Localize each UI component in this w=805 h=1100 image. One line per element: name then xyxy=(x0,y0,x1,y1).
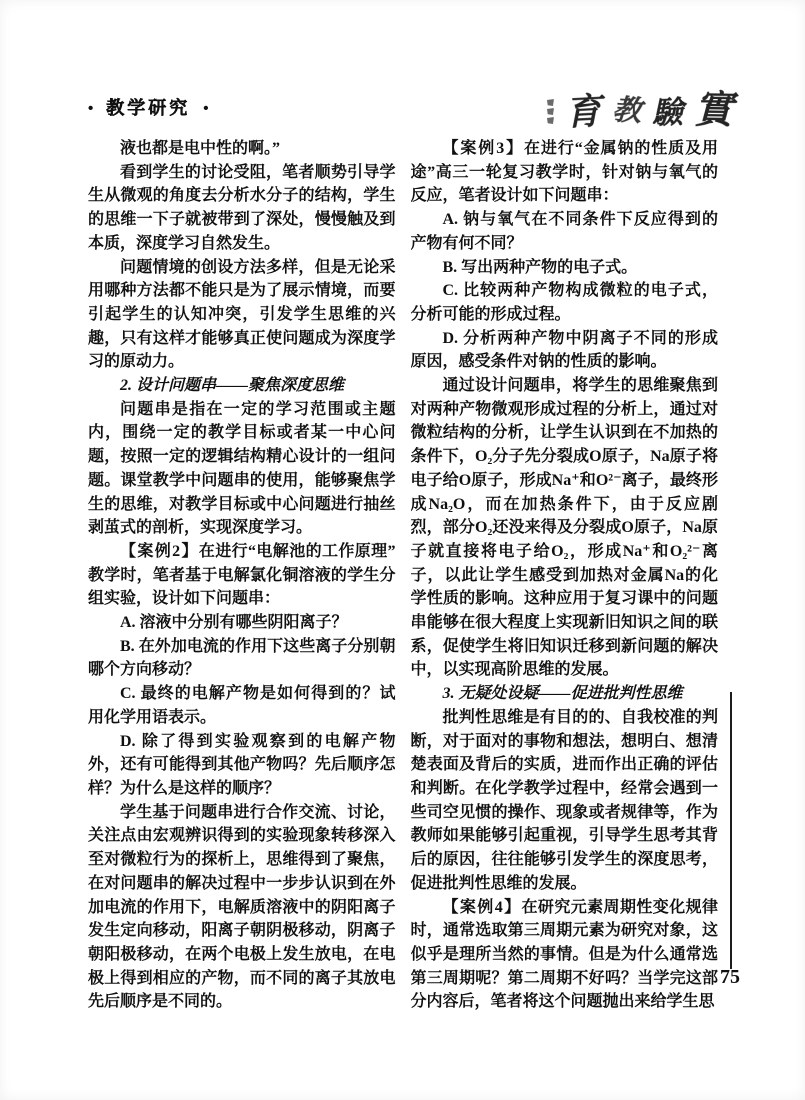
header-bullet-right: • xyxy=(203,101,208,116)
paragraph: 问题情境的创设方法多样，但是无论采用哪种方法都不能只是为了展示情境，而要引起学生… xyxy=(88,256,396,375)
case-paragraph: 【案例3】在进行“金属钠的性质及用途”高三一轮复习教学时，针对钠与氧气的反应，笔… xyxy=(411,137,719,208)
paragraph: 批判性思维是有目的的、自我校准的判断，对于面对的事物和想法，想明白、想清楚表面及… xyxy=(411,706,719,896)
journal-logo-calligraphy: 育 教 驗 實 xyxy=(547,78,732,130)
section-label: 教学研究 xyxy=(106,94,190,120)
case-label: 【案例3】 xyxy=(443,140,525,157)
calligraphy-signature-marks xyxy=(547,92,554,124)
left-column: 液也都是电中性的啊。”看到学生的讨论受阻，笔者顺势引导学生从微观的角度去分析水分… xyxy=(88,137,396,1025)
question-item: D. 除了得到实验观察到的电解产物外，还有可能得到其他产物吗？先后顺序怎样？为什… xyxy=(88,730,396,801)
logo-char-3: 驗 xyxy=(651,96,683,128)
question-item: D. 分析两种产物中阴离子不同的形成原因，感受条件对钠的性质的影响。 xyxy=(411,327,719,374)
section-header: • 教学研究 • xyxy=(88,94,209,120)
case-paragraph: 【案例4】在研究元素周期性变化规律时，通常选取第三周期元素为研究对象，这似乎是理… xyxy=(411,896,719,1015)
paragraph: 通过设计问题串，将学生的思维聚焦到对两种产物微观形成过程的分析上，通过对微粒结构… xyxy=(411,374,719,682)
logo-char-2: 教 xyxy=(611,96,642,127)
article-body: 液也都是电中性的啊。”看到学生的讨论受阻，笔者顺势引导学生从微观的角度去分析水分… xyxy=(88,137,718,1025)
question-item: B. 在外加电流的作用下这些离子分别朝哪个方向移动？ xyxy=(88,635,396,682)
header-bullet-left: • xyxy=(88,101,93,116)
margin-rule xyxy=(730,692,732,969)
question-item: B. 写出两种产物的电子式。 xyxy=(411,256,719,280)
page-number: 75 xyxy=(706,966,754,989)
paragraph: 学生基于问题串进行合作交流、讨论，关注点由宏观辨识得到的实验现象转移深入至对微粒… xyxy=(88,801,396,1014)
question-item: C. 最终的电解产物是如何得到的？试用化学用语表示。 xyxy=(88,682,396,729)
logo-char-1: 育 xyxy=(564,93,602,131)
section-heading: 3. 无疑处设疑——促进批判性思维 xyxy=(411,682,719,706)
case-paragraph: 【案例2】在进行“电解池的工作原理”教学时，笔者基于电解氯化铜溶液的学生分组实验… xyxy=(88,540,396,611)
right-column: 【案例3】在进行“金属钠的性质及用途”高三一轮复习教学时，针对钠与氧气的反应，笔… xyxy=(411,137,719,1025)
case-label: 【案例2】 xyxy=(120,543,199,560)
paragraph: 看到学生的讨论受阻，笔者顺势引导学生从微观的角度去分析水分子的结构，学生的思维一… xyxy=(88,161,396,256)
section-heading: 2. 设计问题串——聚焦深度思维 xyxy=(88,374,396,398)
case-label: 【案例4】 xyxy=(443,899,522,916)
question-item: C. 比较两种产物构成微粒的电子式，分析可能的形成过程。 xyxy=(411,279,719,326)
paragraph: 问题串是指在一定的学习范围或主题内，围绕一定的教学目标或者某一中心问题，按照一定… xyxy=(88,398,396,540)
paragraph: 液也都是电中性的啊。” xyxy=(88,137,396,161)
question-item: A. 溶液中分别有哪些阴阳离子？ xyxy=(88,611,396,635)
logo-char-4: 實 xyxy=(694,91,734,131)
question-item: A. 钠与氧气在不同条件下反应得到的产物有何不同？ xyxy=(411,208,719,255)
